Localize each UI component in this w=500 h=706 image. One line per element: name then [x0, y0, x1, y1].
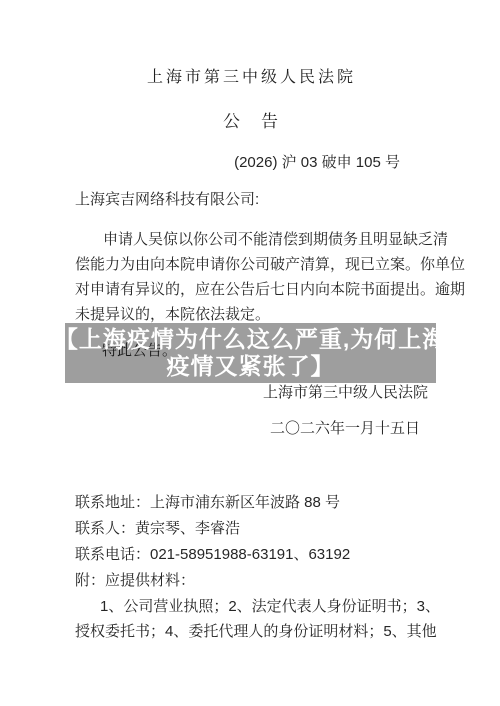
contact-persons: 联系人：黄宗琴、李睿浩	[75, 516, 428, 542]
signature-date: 二〇二六年一月十五日	[75, 416, 428, 441]
court-notice-document: 上海市第三中级人民法院 公 告 (2026) 沪 03 破申 105 号 上海宾…	[0, 0, 500, 706]
case-number: (2026) 沪 03 破申 105 号	[75, 153, 428, 173]
body-line: 对申请有异议的，应在公告后七日内向本院书面提出。逾期	[75, 277, 428, 302]
notice-heading: 公 告	[75, 112, 428, 132]
caption-overlay: 【上海疫情为什么这么严重,为何上海 疫情又紧张了】	[65, 323, 436, 383]
caption-line-1: 【上海疫情为什么这么严重,为何上海	[55, 326, 446, 353]
materials-line: 1、公司营业执照；2、法定代表人身份证明书；3、	[75, 594, 428, 619]
body-line: 偿能力为由向本院申请你公司破产清算，现已立案。你单位	[75, 252, 428, 277]
contact-phone: 联系电话：021-58951988-63191、63192	[75, 542, 428, 568]
contact-block: 联系地址：上海市浦东新区年波路 88 号 联系人：黄宗琴、李睿浩 联系电话：02…	[75, 490, 428, 594]
court-title: 上海市第三中级人民法院	[75, 68, 428, 88]
caption-line-2: 疫情又紧张了】	[167, 353, 335, 380]
body-line: 申请人吴倞以你公司不能清偿到期债务且明显缺乏清	[75, 227, 428, 252]
contact-address: 联系地址：上海市浦东新区年波路 88 号	[75, 490, 428, 516]
recipient-line: 上海宾吉网络科技有限公司:	[75, 187, 428, 212]
attachment-label: 附：应提供材料：	[75, 568, 428, 594]
materials-line: 授权委托书；4、委托代理人的身份证明材料；5、其他	[75, 619, 428, 644]
notice-body: 申请人吴倞以你公司不能清偿到期债务且明显缺乏清 偿能力为由向本院申请你公司破产清…	[75, 227, 428, 327]
materials-list: 1、公司营业执照；2、法定代表人身份证明书；3、 授权委托书；4、委托代理人的身…	[75, 594, 428, 644]
signature-court: 上海市第三中级人民法院	[75, 380, 428, 405]
